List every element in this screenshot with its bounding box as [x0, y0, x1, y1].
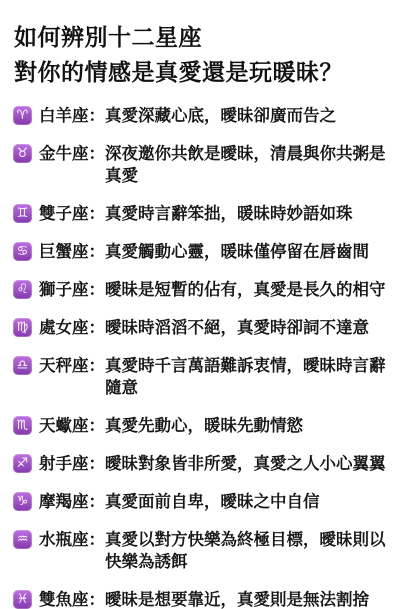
zodiac-description: 真愛深藏心底，曖昧卻廣而告之 [105, 105, 393, 127]
list-item-sagittarius: ♐ 射手座： 曖昧對象皆非所愛，真愛之人小心翼翼 [13, 453, 393, 475]
zodiac-name-text: 處女座 [39, 319, 89, 337]
zodiac-name-text: 雙子座 [39, 205, 89, 223]
zodiac-description: 真愛面前自卑，曖昧之中自信 [105, 491, 393, 513]
zodiac-name: 雙魚座： [39, 589, 105, 609]
libra-icon: ♎ [13, 356, 32, 375]
zodiac-description: 真愛時言辭笨拙，暖昧時妙語如珠 [105, 203, 393, 225]
zodiac-name-text: 金牛座 [39, 145, 89, 163]
name-separator: ： [89, 455, 106, 473]
virgo-icon: ♍ [13, 318, 32, 337]
zodiac-description: 深夜邀你共飲是曖昧，清晨與你共粥是真愛 [105, 143, 393, 187]
capricorn-symbol: ♑ [17, 495, 29, 508]
scorpio-symbol: ♏ [17, 419, 29, 432]
list-item-gemini: ♊ 雙子座： 真愛時言辭笨拙，暖昧時妙語如珠 [13, 203, 393, 225]
cancer-symbol: ♋ [17, 245, 29, 258]
aquarius-symbol: ♒ [17, 533, 29, 546]
pisces-icon: ♓ [13, 590, 32, 609]
leo-symbol: ♌ [17, 283, 29, 296]
name-separator: ： [89, 531, 106, 549]
name-separator: ： [89, 319, 106, 337]
list-item-cancer: ♋ 巨蟹座： 真愛觸動心靈，暖昧僅停留在唇齒間 [13, 241, 393, 263]
zodiac-name: 白羊座： [39, 105, 105, 127]
zodiac-list: ♈ 白羊座： 真愛深藏心底，曖昧卻廣而告之 ♉ 金牛座： 深夜邀你共飲是曖昧，清… [13, 105, 393, 609]
zodiac-description: 真愛觸動心靈，暖昧僅停留在唇齒間 [105, 241, 393, 263]
zodiac-description: 真愛先動心，暖昧先動情慾 [105, 415, 393, 437]
list-item-pisces: ♓ 雙魚座： 曖昧是想要靠近，真愛則是無法割捨 [13, 589, 393, 609]
zodiac-name-text: 水瓶座 [39, 531, 89, 549]
zodiac-name-text: 雙魚座 [39, 591, 89, 609]
sagittarius-symbol: ♐ [17, 457, 29, 470]
name-separator: ： [89, 243, 106, 261]
virgo-symbol: ♍ [17, 321, 29, 334]
name-separator: ： [89, 417, 106, 435]
zodiac-name-text: 巨蟹座 [39, 243, 89, 261]
zodiac-name-text: 獅子座 [39, 281, 89, 299]
zodiac-name: 水瓶座： [39, 529, 105, 551]
zodiac-name: 摩羯座： [39, 491, 105, 513]
aries-icon: ♈ [13, 106, 32, 125]
list-item-leo: ♌ 獅子座： 曖昧是短暫的佔有，真愛是長久的相守 [13, 279, 393, 301]
name-separator: ： [89, 357, 106, 375]
name-separator: ： [89, 205, 106, 223]
zodiac-name-text: 射手座 [39, 455, 89, 473]
title-line-2: 對你的情感是真愛還是玩暖昧？ [14, 55, 393, 90]
leo-icon: ♌ [13, 280, 32, 299]
name-separator: ： [89, 107, 106, 125]
zodiac-name: 獅子座： [39, 279, 105, 301]
page-title: 如何辨別十二星座 對你的情感是真愛還是玩暖昧？ [14, 20, 393, 90]
zodiac-name: 雙子座： [39, 203, 105, 225]
name-separator: ： [89, 281, 106, 299]
cancer-icon: ♋ [13, 242, 32, 261]
zodiac-name-text: 摩羯座 [39, 493, 89, 511]
zodiac-name-text: 天蠍座 [39, 417, 89, 435]
zodiac-description: 曖昧是短暫的佔有，真愛是長久的相守 [105, 279, 393, 301]
title-line-1: 如何辨別十二星座 [14, 20, 393, 55]
list-item-scorpio: ♏ 天蠍座： 真愛先動心，暖昧先動情慾 [13, 415, 393, 437]
pisces-symbol: ♓ [17, 593, 29, 606]
list-item-libra: ♎ 天秤座： 真愛時千言萬語難訴衷情，曖昧時言辭隨意 [13, 355, 393, 399]
gemini-symbol: ♊ [17, 207, 29, 220]
sagittarius-icon: ♐ [13, 454, 32, 473]
zodiac-name: 金牛座： [39, 143, 105, 165]
aquarius-icon: ♒ [13, 530, 32, 549]
zodiac-love-article: 如何辨別十二星座 對你的情感是真愛還是玩暖昧？ ♈ 白羊座： 真愛深藏心底，曖昧… [0, 0, 405, 609]
zodiac-description: 曖昧時滔滔不絕，真愛時卻詞不達意 [105, 317, 393, 339]
scorpio-icon: ♏ [13, 416, 32, 435]
taurus-icon: ♉ [13, 144, 32, 163]
zodiac-description: 真愛時千言萬語難訴衷情，曖昧時言辭隨意 [105, 355, 393, 399]
aries-symbol: ♈ [17, 109, 29, 122]
list-item-capricorn: ♑ 摩羯座： 真愛面前自卑，曖昧之中自信 [13, 491, 393, 513]
list-item-taurus: ♉ 金牛座： 深夜邀你共飲是曖昧，清晨與你共粥是真愛 [13, 143, 393, 187]
zodiac-name: 巨蟹座： [39, 241, 105, 263]
gemini-icon: ♊ [13, 204, 32, 223]
name-separator: ： [89, 493, 106, 511]
zodiac-name: 天秤座： [39, 355, 105, 377]
zodiac-name-text: 白羊座 [39, 107, 89, 125]
libra-symbol: ♎ [17, 359, 29, 372]
zodiac-description: 真愛以對方快樂為終極目標，曖昧則以快樂為誘餌 [105, 529, 393, 573]
list-item-aquarius: ♒ 水瓶座： 真愛以對方快樂為終極目標，曖昧則以快樂為誘餌 [13, 529, 393, 573]
list-item-virgo: ♍ 處女座： 曖昧時滔滔不絕，真愛時卻詞不達意 [13, 317, 393, 339]
zodiac-name: 處女座： [39, 317, 105, 339]
zodiac-name-text: 天秤座 [39, 357, 89, 375]
list-item-aries: ♈ 白羊座： 真愛深藏心底，曖昧卻廣而告之 [13, 105, 393, 127]
zodiac-description: 曖昧是想要靠近，真愛則是無法割捨 [105, 589, 393, 609]
capricorn-icon: ♑ [13, 492, 32, 511]
zodiac-description: 曖昧對象皆非所愛，真愛之人小心翼翼 [105, 453, 393, 475]
zodiac-name: 射手座： [39, 453, 105, 475]
name-separator: ： [89, 591, 106, 609]
zodiac-name: 天蠍座： [39, 415, 105, 437]
name-separator: ： [89, 145, 106, 163]
taurus-symbol: ♉ [17, 147, 29, 160]
